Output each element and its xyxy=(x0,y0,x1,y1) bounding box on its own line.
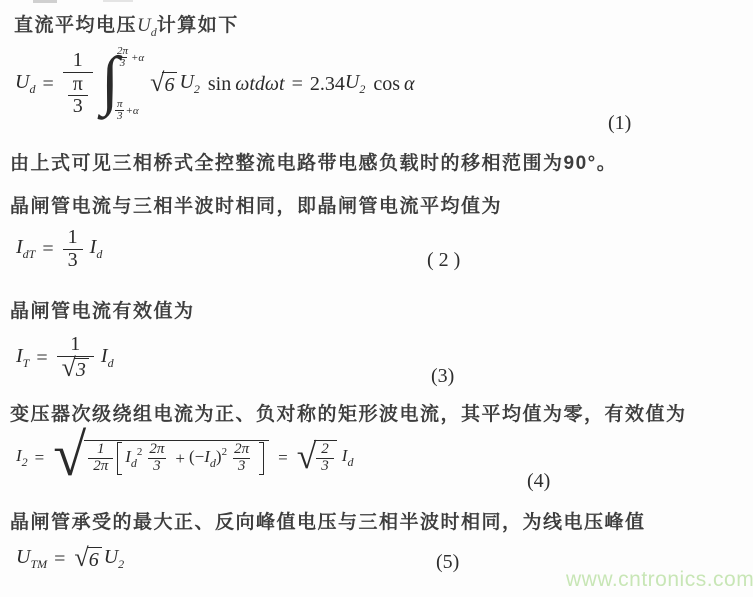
term-Id-squared: Id2 xyxy=(125,446,142,471)
var-I: I xyxy=(16,236,23,258)
equation-3-thyristor-rms-current: IT = 1 √3 Id xyxy=(16,334,114,383)
fraction-denominator: π 3 xyxy=(63,72,93,118)
eq4-rhs: Id xyxy=(342,446,354,470)
radicand: 6 xyxy=(87,547,102,572)
document-page: 直流平均电压Ud计算如下 Ud = 1 π 3 ∫ 2π3 +α π3 xyxy=(0,0,753,597)
radical-sign: √ xyxy=(297,441,317,471)
var-U: U xyxy=(137,15,151,36)
var-I-subscript: 2 xyxy=(22,455,28,469)
exponent: 2 xyxy=(137,446,143,458)
fraction-denominator: 3 xyxy=(68,95,88,118)
var-I-subscript: d xyxy=(108,356,114,370)
equation-4-secondary-rms-current: I2 = √ 1 2π Id2 2π 3 + (−Id)2 2π 3 xyxy=(16,436,353,479)
left-bracket xyxy=(117,442,122,475)
integral-lower-limit: π3 +α xyxy=(115,99,144,122)
fraction-denominator: 3 xyxy=(233,458,251,475)
fraction-denominator: 3 xyxy=(118,57,128,69)
radical-sign: √ xyxy=(62,357,76,379)
eq2-lhs: IdT xyxy=(16,236,35,262)
fraction-numerator: 1 xyxy=(92,442,110,458)
clipped-glyph-fragment xyxy=(33,0,57,3)
radicand-expression: 1 2π Id2 2π 3 + (−Id)2 2π 3 xyxy=(84,440,269,475)
radical-sign: √ xyxy=(150,72,164,94)
var-U: U xyxy=(104,546,118,568)
integral-upper-limit: 2π3 +α xyxy=(115,46,144,69)
var-U-subscript: TM xyxy=(30,557,47,571)
equals-sign: = xyxy=(42,73,53,96)
eq2-rhs: Id xyxy=(90,236,103,262)
equation-4-number: (4) xyxy=(527,470,550,493)
eq5-lhs: UTM xyxy=(16,546,47,572)
fraction-one-over-sqrt3: 1 √3 xyxy=(57,334,94,383)
var-I: I xyxy=(16,345,23,367)
equation-1-dc-voltage: Ud = 1 π 3 ∫ 2π3 +α π3 +α xyxy=(15,46,415,122)
equals-sign: = xyxy=(36,347,47,370)
nested-fraction-pi-over-3: π 3 xyxy=(68,74,88,118)
right-bracket xyxy=(259,442,264,475)
var-I-subscript: d xyxy=(96,247,102,261)
exponent: 2 xyxy=(222,446,228,458)
eq1-coefficient-fraction: 1 π 3 xyxy=(63,50,93,118)
eq1-lhs: Ud xyxy=(15,71,35,97)
equation-5-peak-voltage: UTM = √6 U2 xyxy=(16,546,124,572)
var-I-subscript: d xyxy=(131,456,137,470)
fraction-2pi-over-3: 2π 3 xyxy=(229,442,254,475)
equals-sign: = xyxy=(292,73,303,96)
fraction-two-thirds: 2 3 xyxy=(316,442,334,475)
paragraph-thyristor-average-current: 晶闸管电流与三相半波时相同，即晶闸管电流平均值为 xyxy=(10,195,502,219)
radical-main: √ 1 2π Id2 2π 3 + (−Id)2 2π 3 xyxy=(53,436,269,479)
var-U-subscript: 2 xyxy=(359,82,365,96)
var-U: U xyxy=(345,71,359,93)
open-paren-minus: (− xyxy=(189,447,204,466)
eq4-lhs: I2 xyxy=(16,446,28,470)
paragraph-transformer-secondary-current: 变压器次级绕组电流为正、负对称的矩形波电流，其平均值为零，有效值为 xyxy=(10,403,687,427)
equation-1-number: (1) xyxy=(608,112,631,135)
paragraph-thyristor-rms-current: 晶闸管电流有效值为 xyxy=(10,300,195,324)
omega-t-domega-t: ωtdωt xyxy=(235,73,284,95)
var-I-subscript: d xyxy=(347,455,353,469)
eq3-rhs: Id xyxy=(101,345,114,371)
fraction-numerator: 1 xyxy=(65,334,85,356)
equals-sign: = xyxy=(42,238,53,261)
integral-sign: ∫ xyxy=(101,55,119,108)
fraction-denominator: 3 xyxy=(148,458,166,475)
radical-sign: √ xyxy=(53,434,86,477)
fraction-numerator: π xyxy=(68,74,88,96)
equation-5-number: (5) xyxy=(436,551,459,574)
integral-group: ∫ 2π3 +α π3 +α xyxy=(101,46,144,122)
fraction-denominator: 2π xyxy=(88,458,113,475)
fraction-one-over-2pi: 1 2π xyxy=(88,442,113,475)
plus-sign: + xyxy=(175,449,185,469)
sin-term: sinωtdωt xyxy=(208,73,285,96)
coefficient-2-34: 2.34 xyxy=(310,73,345,96)
upper-limit-offset: +α xyxy=(131,52,144,64)
equals-sign: = xyxy=(35,448,45,468)
fraction-numerator: 1 xyxy=(68,50,88,72)
clipped-glyph-fragment xyxy=(103,0,133,2)
watermark-cntronics: www.cntronics.com xyxy=(566,568,753,592)
equation-3-number: (3) xyxy=(431,365,454,388)
var-U: U xyxy=(179,71,193,93)
fraction-numerator: 1 xyxy=(63,227,83,249)
fraction-denominator: √3 xyxy=(57,356,94,383)
eq5-rhs: U2 xyxy=(104,546,124,572)
fraction-numerator: 2π xyxy=(144,442,169,458)
eq3-lhs: IT xyxy=(16,345,29,371)
alpha: α xyxy=(404,73,415,95)
var-U: U xyxy=(16,546,30,568)
var-U-subscript: d xyxy=(29,82,35,96)
var-I-subscript: dT xyxy=(23,247,36,261)
var-U-subscript: 2 xyxy=(194,82,200,96)
fraction-denominator: 3 xyxy=(316,458,334,475)
heading-text-pre: 直流平均电压 xyxy=(14,15,137,36)
lower-limit-offset: +α xyxy=(125,105,138,117)
radical-sqrt6: √6 xyxy=(150,72,177,97)
integral-limits: 2π3 +α π3 +α xyxy=(115,46,144,122)
sin-function: sin xyxy=(208,73,231,95)
radical-sqrt6: √6 xyxy=(74,547,101,572)
heading-dc-average-voltage: 直流平均电压Ud计算如下 xyxy=(14,14,239,40)
equation-2-number: ( 2 ) xyxy=(427,249,460,272)
radical-sqrt3: √3 xyxy=(62,358,89,382)
paragraph-phase-shift-range: 由上式可见三相桥式全控整流电路带电感负载时的移相范围为90°。 xyxy=(10,152,617,176)
term-negative-Id-squared: (−Id)2 xyxy=(189,446,227,471)
radicand-fraction: 2 3 xyxy=(314,440,337,475)
var-U-subscript: 2 xyxy=(118,557,124,571)
radicand: 6 xyxy=(162,72,177,97)
fraction-denominator: 3 xyxy=(63,249,83,272)
radical-two-thirds: √ 2 3 xyxy=(297,440,337,475)
paragraph-peak-voltage: 晶闸管承受的最大正、反向峰值电压与三相半波时相同，为线电压峰值 xyxy=(10,511,646,535)
fraction-numerator: 2π xyxy=(229,442,254,458)
radicand: 3 xyxy=(74,358,89,382)
radical-sign: √ xyxy=(74,547,88,569)
fraction-one-third: 1 3 xyxy=(63,227,83,271)
var-Ud: Ud xyxy=(137,15,157,36)
var-U: U xyxy=(15,71,29,93)
fraction-2pi-over-3: 2π 3 xyxy=(144,442,169,475)
heading-text-post: 计算如下 xyxy=(157,15,239,36)
var-I-subscript: T xyxy=(23,356,30,370)
cos-function: cos xyxy=(373,73,400,95)
var-I: I xyxy=(101,345,108,367)
fraction-numerator: 2 xyxy=(316,442,334,458)
var-U2: U2 xyxy=(345,71,365,97)
equals-sign: = xyxy=(54,548,65,571)
equation-2-thyristor-average-current: IdT = 1 3 Id xyxy=(16,227,102,271)
var-U2: U2 xyxy=(179,71,199,97)
equals-sign: = xyxy=(278,448,288,468)
cos-alpha-term: cosα xyxy=(373,73,414,96)
